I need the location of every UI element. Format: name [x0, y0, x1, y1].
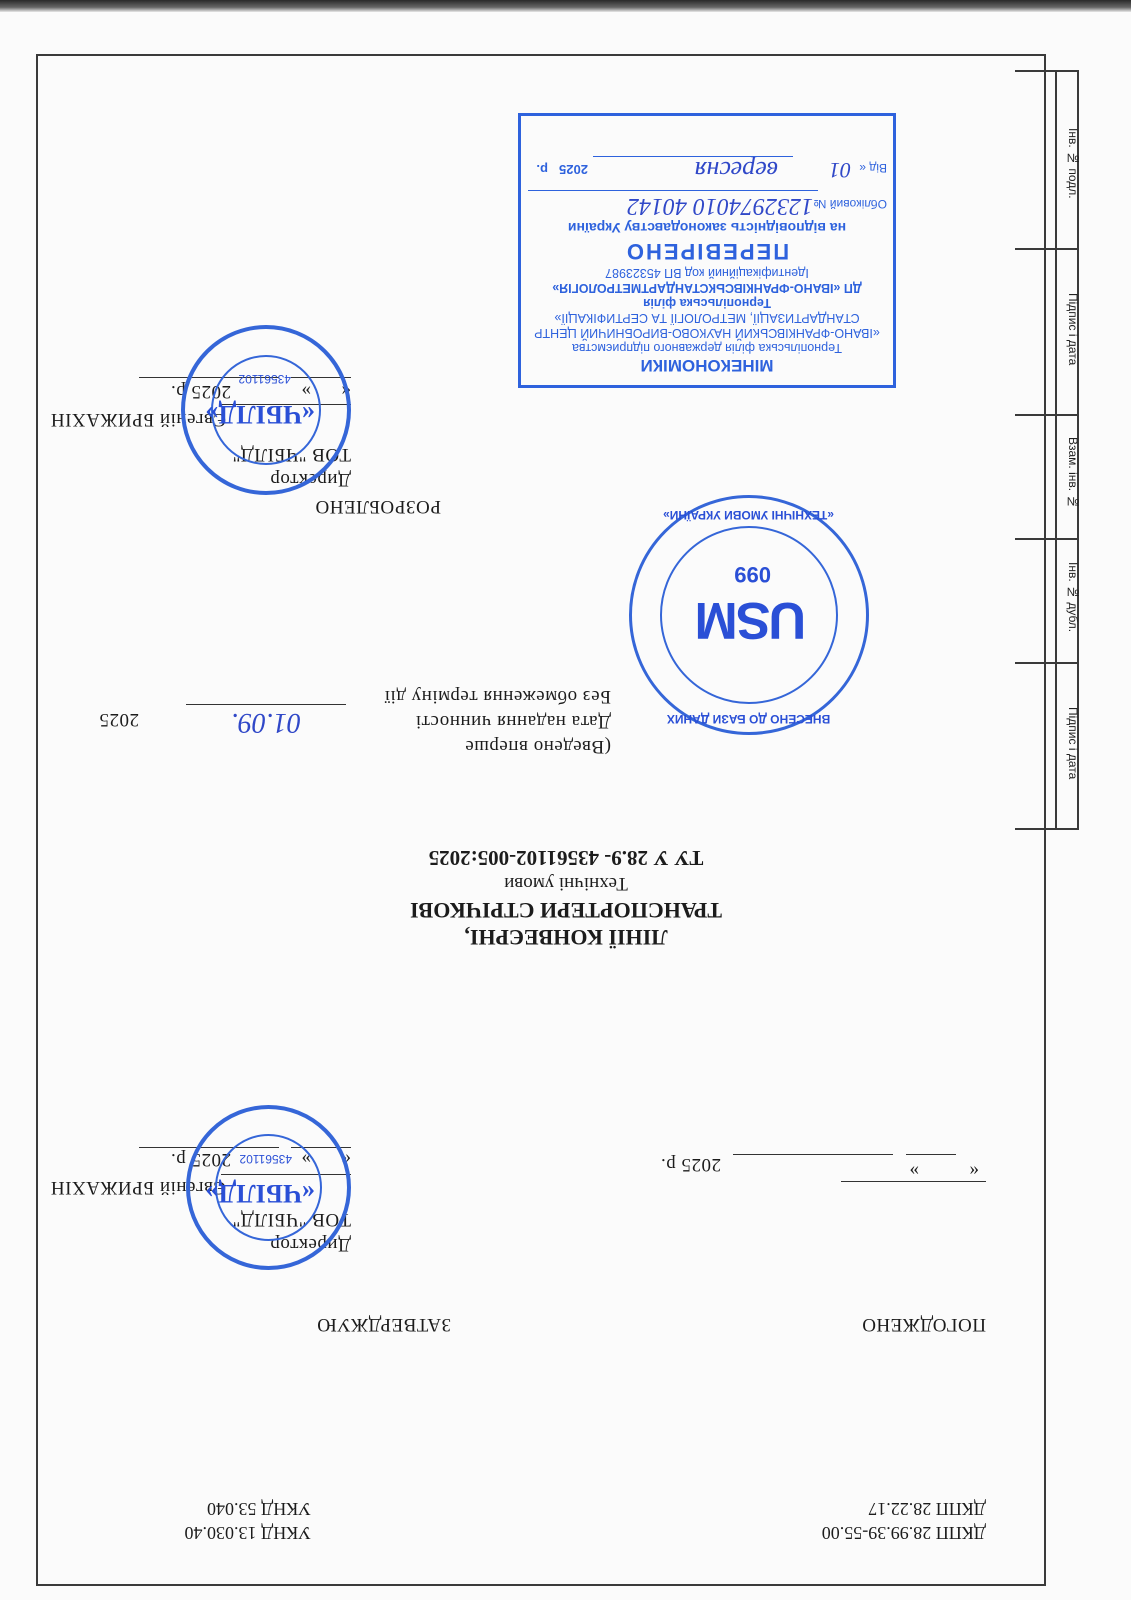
- dkpp-code-1: ДКПП 28.99.39-55.00: [822, 1521, 986, 1545]
- spec-number: ТУ У 28.9- 43561102-005:2025: [266, 845, 866, 870]
- uknd-code-1: УКНД 13.030.40: [184, 1521, 311, 1545]
- verification-line: Ідентифікаційний код ВП 45323987: [521, 265, 893, 280]
- verification-line: Тернопільська філія державного підприємс…: [521, 340, 893, 355]
- agreed-date-close: »: [909, 1160, 919, 1182]
- usm-database-seal: USM 099 ВНЕСЕНО ДО БАЗИ ДАНИХ «ТЕХНІЧНІ …: [629, 495, 869, 735]
- sidebar-cell-signature-date-2: Підпис і дата: [1015, 662, 1077, 828]
- sidebar-cell-dup-inv: Інв. № дубл.: [1015, 538, 1077, 662]
- document-subtitle: Технічні умови: [266, 872, 866, 894]
- document-title-line1: ЛІНІЇ КОНВЕЄРНІ,: [266, 924, 866, 950]
- uknd-codes: УКНД 13.030.40 УКНД 53.040: [184, 1497, 311, 1545]
- verification-line: Тернопільська філія: [521, 295, 893, 310]
- effective-date-line: [186, 704, 346, 705]
- sidebar-label: Інв. № дубл.: [1054, 547, 1080, 647]
- validity-text: Без обмеження терміну дії: [384, 685, 611, 707]
- company-seal-approved: «ЧБІЛД» 43561102: [186, 1105, 351, 1270]
- verification-date-prefix: Від «: [859, 161, 887, 175]
- verification-verified: ПЕРЕВІРЕНО: [521, 237, 893, 265]
- scanned-page: Підпис і дата Інв. № дубл. Взам. інв. № …: [0, 0, 1131, 1600]
- verification-date-row: Від « 01 вересня 2025 р.: [521, 153, 893, 187]
- verification-date-line: [593, 156, 793, 157]
- verification-reg-line: [528, 190, 818, 191]
- agreed-day-line: [906, 1154, 956, 1155]
- effective-date-label: Дата надання чинності: [415, 710, 611, 732]
- verification-stamp: МІНЕКОНОМІКИ Тернопільська філія державн…: [518, 113, 896, 388]
- dkpp-code-2: ДКПП 28.22.17: [822, 1497, 986, 1521]
- verification-reg-label: Обліковий №: [814, 197, 887, 211]
- document-title-line2: ТРАНСПОРТЕРИ СТРІЧКОВІ: [266, 897, 866, 923]
- verification-line: «ІВАНО-ФРАНКІВСЬКИЙ НАУКОВО-ВИРОБНИЧИЙ Ц…: [521, 325, 893, 340]
- verification-reg-row: Обліковий № 1232974010 40142: [521, 187, 893, 219]
- usm-ring-top-text: «ТЕХНІЧНІ УМОВИ УКРАЇНИ»: [656, 508, 841, 522]
- verification-date-suffix: р.: [536, 162, 548, 177]
- verification-date-month: вересня: [694, 155, 778, 185]
- company-seal-developed: «ЧБІЛД» 43561102: [181, 325, 351, 495]
- intro-note: (Введено вперше: [465, 735, 611, 757]
- sidebar-label: Підпис і дата: [1054, 678, 1080, 808]
- verification-date-year: 2025: [559, 162, 588, 177]
- company-seal-name: «ЧБІЛД»: [205, 399, 315, 429]
- company-seal-code: 43561102: [240, 1152, 293, 1166]
- sidebar-label: Підпис і дата: [1054, 264, 1080, 394]
- verification-line: ДП «ІВАНО-ФРАНКІВСЬКСТАНДАРТМЕТРОЛОГІЯ»: [521, 280, 893, 295]
- verification-date-day: 01: [829, 157, 851, 183]
- usm-seal-number: 099: [734, 561, 771, 587]
- usm-logo: USM: [696, 590, 806, 650]
- approval-sidebar-table: Підпис і дата Інв. № дубл. Взам. інв. № …: [1015, 70, 1079, 830]
- agreed-date-open: «: [969, 1160, 979, 1182]
- agreed-heading: ПОГОДЖЕНО: [862, 1313, 986, 1335]
- company-seal-name: «ЧБІЛД»: [205, 1178, 315, 1208]
- verification-reg-number: 1232974010 40142: [627, 192, 813, 219]
- sidebar-label: Інв. № подл.: [1054, 98, 1080, 228]
- company-seal-code: 43561102: [239, 372, 292, 386]
- agreed-year: 2025 р.: [661, 1153, 722, 1175]
- uknd-code-2: УКНД 53.040: [184, 1497, 311, 1521]
- sidebar-cell-original-inv: Інв. № подл.: [1015, 70, 1077, 248]
- effective-date-handwritten: 01.09.: [231, 706, 301, 738]
- developed-heading: РОЗРОБЛЕНО: [315, 495, 441, 517]
- dkpp-codes: ДКПП 28.99.39-55.00 ДКПП 28.22.17: [822, 1497, 986, 1545]
- usm-ring-bottom-text: ВНЕСЕНО ДО БАЗИ ДАНИХ: [661, 712, 836, 726]
- verification-ministry: МІНЕКОНОМІКИ: [521, 355, 893, 375]
- verification-line: СТАНДАРТИЗАЦІЇ, МЕТРОЛОГІЇ ТА СЕРТИФІКАЦ…: [521, 310, 893, 325]
- agreed-month-line: [733, 1154, 893, 1155]
- sidebar-cell-signature-date-1: Підпис і дата: [1015, 248, 1077, 414]
- effective-date-year: 2025: [99, 708, 139, 730]
- sidebar-label: Взам. інв. №: [1054, 423, 1080, 523]
- sidebar-cell-replace-inv: Взам. інв. №: [1015, 414, 1077, 538]
- verification-compliance: на відповідність законодавству України: [521, 219, 893, 237]
- approved-heading: ЗАТВЕРДЖУЮ: [317, 1313, 451, 1335]
